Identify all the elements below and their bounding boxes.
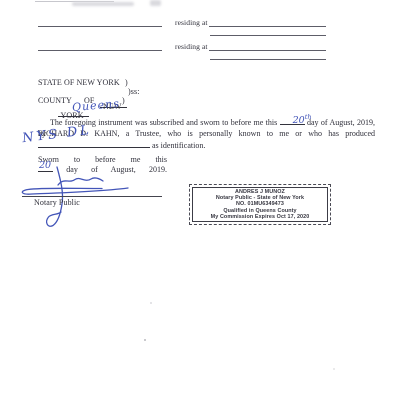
signature-line (22, 196, 162, 197)
day-blank: 20th (280, 116, 305, 125)
residing-at-label: residing at (175, 42, 208, 51)
address-blank-line-2 (210, 35, 326, 36)
address-blank-line-2 (210, 59, 326, 60)
scanned-notary-page: { "residing_rows": [ { "label": "residin… (0, 0, 400, 400)
scan-speck (333, 368, 335, 370)
scan-speck (144, 339, 146, 341)
signature-sweep-stroke (22, 188, 128, 194)
scan-speck (150, 302, 152, 304)
notary-signature (10, 165, 160, 235)
address-blank-line (209, 50, 326, 51)
notary-public-label: Notary Public (34, 198, 80, 207)
handwritten-county-queens: Queens (72, 97, 121, 114)
handwritten-day: 20th (281, 112, 312, 126)
state-of-new-york: STATE OF NEW YORK (38, 78, 120, 87)
acknowledgment-line-3: as identification. (38, 139, 375, 151)
name-blank-line (38, 26, 162, 27)
signature-squiggle-stroke (58, 178, 103, 185)
county-word: COUNTY (38, 96, 72, 105)
notary-stamp-inner: ANDRES J MUNOZ Notary Public - State of … (192, 187, 328, 222)
ss-mark: )ss: (128, 87, 140, 96)
notary-stamp: ANDRES J MUNOZ Notary Public - State of … (189, 184, 331, 225)
state-paren: ) (125, 78, 128, 87)
county-paren: ) (122, 96, 125, 105)
jurat-line1-text: Sworn to before me this (38, 155, 167, 164)
name-blank-line (38, 50, 162, 51)
address-blank-line (209, 26, 326, 27)
ack-line3-text: as identification. (152, 141, 205, 150)
top-remnant-smudge (150, 0, 161, 6)
top-remnant-smudge (72, 2, 134, 6)
stamp-commission-expiry: My Commission Expires Oct 17, 2020 (193, 214, 327, 220)
residing-at-label: residing at (175, 18, 208, 27)
